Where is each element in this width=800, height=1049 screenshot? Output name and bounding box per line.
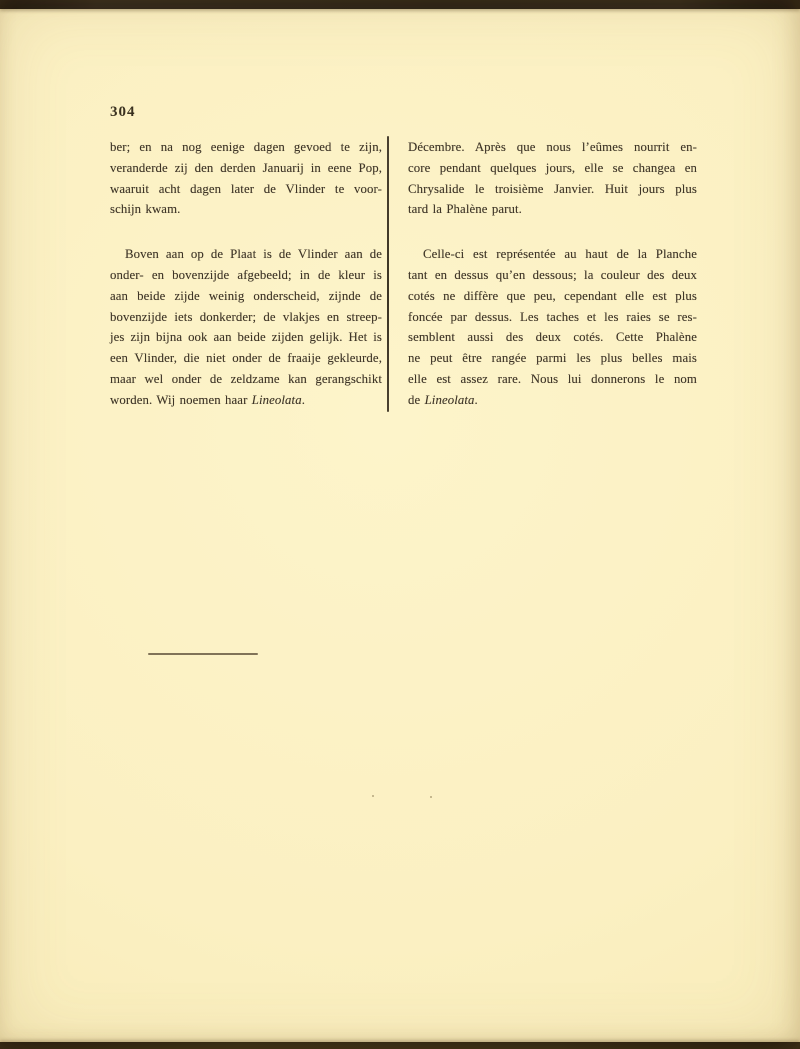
text-segment: Décembre. Après que nous l’eûmes nourrit… [408, 140, 697, 154]
paragraph: ber; en na nog eenige dagen gevoed te zi… [110, 137, 382, 220]
paragraph: Boven aan op de Plaat is de Vlinder aan … [110, 244, 382, 410]
text-line: semblent aussi des deux cotés. Cette Pha… [408, 327, 697, 348]
text-line: jes zijn bijna ook aan beide zijden geli… [110, 327, 382, 348]
text-line: onder- en bovenzijde afgebeeld; in de kl… [110, 265, 382, 286]
text-segment: Boven aan op de Plaat is de Vlinder aan … [125, 247, 382, 261]
text-segment: . [302, 393, 305, 407]
text-line: ber; en na nog eenige dagen gevoed te zi… [110, 137, 382, 158]
text-line: waaruit acht dagen later de Vlinder te v… [110, 179, 382, 200]
text-segment: tant en dessus qu’en dessous; la couleur… [408, 268, 697, 282]
text-line: ne peut être rangée parmi les plus belle… [408, 348, 697, 369]
paragraph: Celle-ci est représentée au haut de la P… [408, 244, 697, 410]
text-segment: Chrysalide le troisième Janvier. Huit jo… [408, 182, 697, 196]
text-segment: maar wel onder de zeldzame kan gerangsch… [110, 372, 382, 386]
text-line: Boven aan op de Plaat is de Vlinder aan … [110, 244, 382, 265]
text-line: maar wel onder de zeldzame kan gerangsch… [110, 369, 382, 390]
text-segment: jes zijn bijna ook aan beide zijden geli… [110, 330, 382, 344]
text-segment: cotés ne diffère que peu, cependant elle… [408, 289, 697, 303]
text-segment: ber; en na nog eenige dagen gevoed te zi… [110, 140, 382, 154]
text-line: aan beide zijde weinig onderscheid, zijn… [110, 286, 382, 307]
text-line: veranderde zij den derden Januarij in ee… [110, 158, 382, 179]
scan-edge-top [0, 0, 800, 9]
text-line: schijn kwam. [110, 199, 382, 220]
paper-speck [430, 796, 432, 798]
text-segment: waaruit acht dagen later de Vlinder te v… [110, 182, 382, 196]
text-line: Celle-ci est représentée au haut de la P… [408, 244, 697, 265]
text-line: Chrysalide le troisième Janvier. Huit jo… [408, 179, 697, 200]
text-segment: core pendant quelques jours, elle se cha… [408, 161, 697, 175]
section-separator-dash [148, 653, 258, 655]
scan-edge-bottom [0, 1042, 800, 1049]
paper-speck [372, 795, 374, 797]
text-segment: foncée par dessus. Les taches et les rai… [408, 310, 697, 324]
text-line: cotés ne diffère que peu, cependant elle… [408, 286, 697, 307]
text-segment: . [475, 393, 478, 407]
text-segment: bovenzijde iets donkerder; de vlakjes en… [110, 310, 382, 324]
text-line: tard la Phalène parut. [408, 199, 697, 220]
text-segment: Celle-ci est représentée au haut de la P… [423, 247, 697, 261]
paragraph: Décembre. Après que nous l’eûmes nourrit… [408, 137, 697, 220]
species-name-italic: Lineolata [425, 393, 475, 407]
text-line: bovenzijde iets donkerder; de vlakjes en… [110, 307, 382, 328]
species-name-italic: Lineolata [252, 393, 302, 407]
text-segment: worden. Wij noemen haar [110, 393, 252, 407]
text-line: elle est assez rare. Nous lui donnerons … [408, 369, 697, 390]
text-segment: ne peut être rangée parmi les plus belle… [408, 351, 697, 365]
text-segment: de [408, 393, 425, 407]
text-segment: onder- en bovenzijde afgebeeld; in de kl… [110, 268, 382, 282]
page-number: 304 [110, 104, 136, 121]
text-segment: tard la Phalène parut. [408, 202, 522, 216]
text-segment: een Vlinder, die niet onder de fraaije g… [110, 351, 382, 365]
text-line: de Lineolata. [408, 390, 697, 411]
text-line: Décembre. Après que nous l’eûmes nourrit… [408, 137, 697, 158]
text-segment: schijn kwam. [110, 202, 180, 216]
text-line: foncée par dessus. Les taches et les rai… [408, 307, 697, 328]
text-segment: semblent aussi des deux cotés. Cette Pha… [408, 330, 697, 344]
text-column-french: Décembre. Après que nous l’eûmes nourrit… [408, 137, 697, 411]
text-line: een Vlinder, die niet onder de fraaije g… [110, 348, 382, 369]
book-page-scan: 304 ber; en na nog eenige dagen gevoed t… [0, 0, 800, 1049]
text-line: worden. Wij noemen haar Lineolata. [110, 390, 382, 411]
column-divider-rule [387, 136, 389, 412]
text-column-dutch: ber; en na nog eenige dagen gevoed te zi… [110, 137, 382, 411]
text-segment: veranderde zij den derden Januarij in ee… [110, 161, 382, 175]
text-line: core pendant quelques jours, elle se cha… [408, 158, 697, 179]
text-segment: elle est assez rare. Nous lui donnerons … [408, 372, 697, 386]
text-line: tant en dessus qu’en dessous; la couleur… [408, 265, 697, 286]
text-segment: aan beide zijde weinig onderscheid, zijn… [110, 289, 382, 303]
